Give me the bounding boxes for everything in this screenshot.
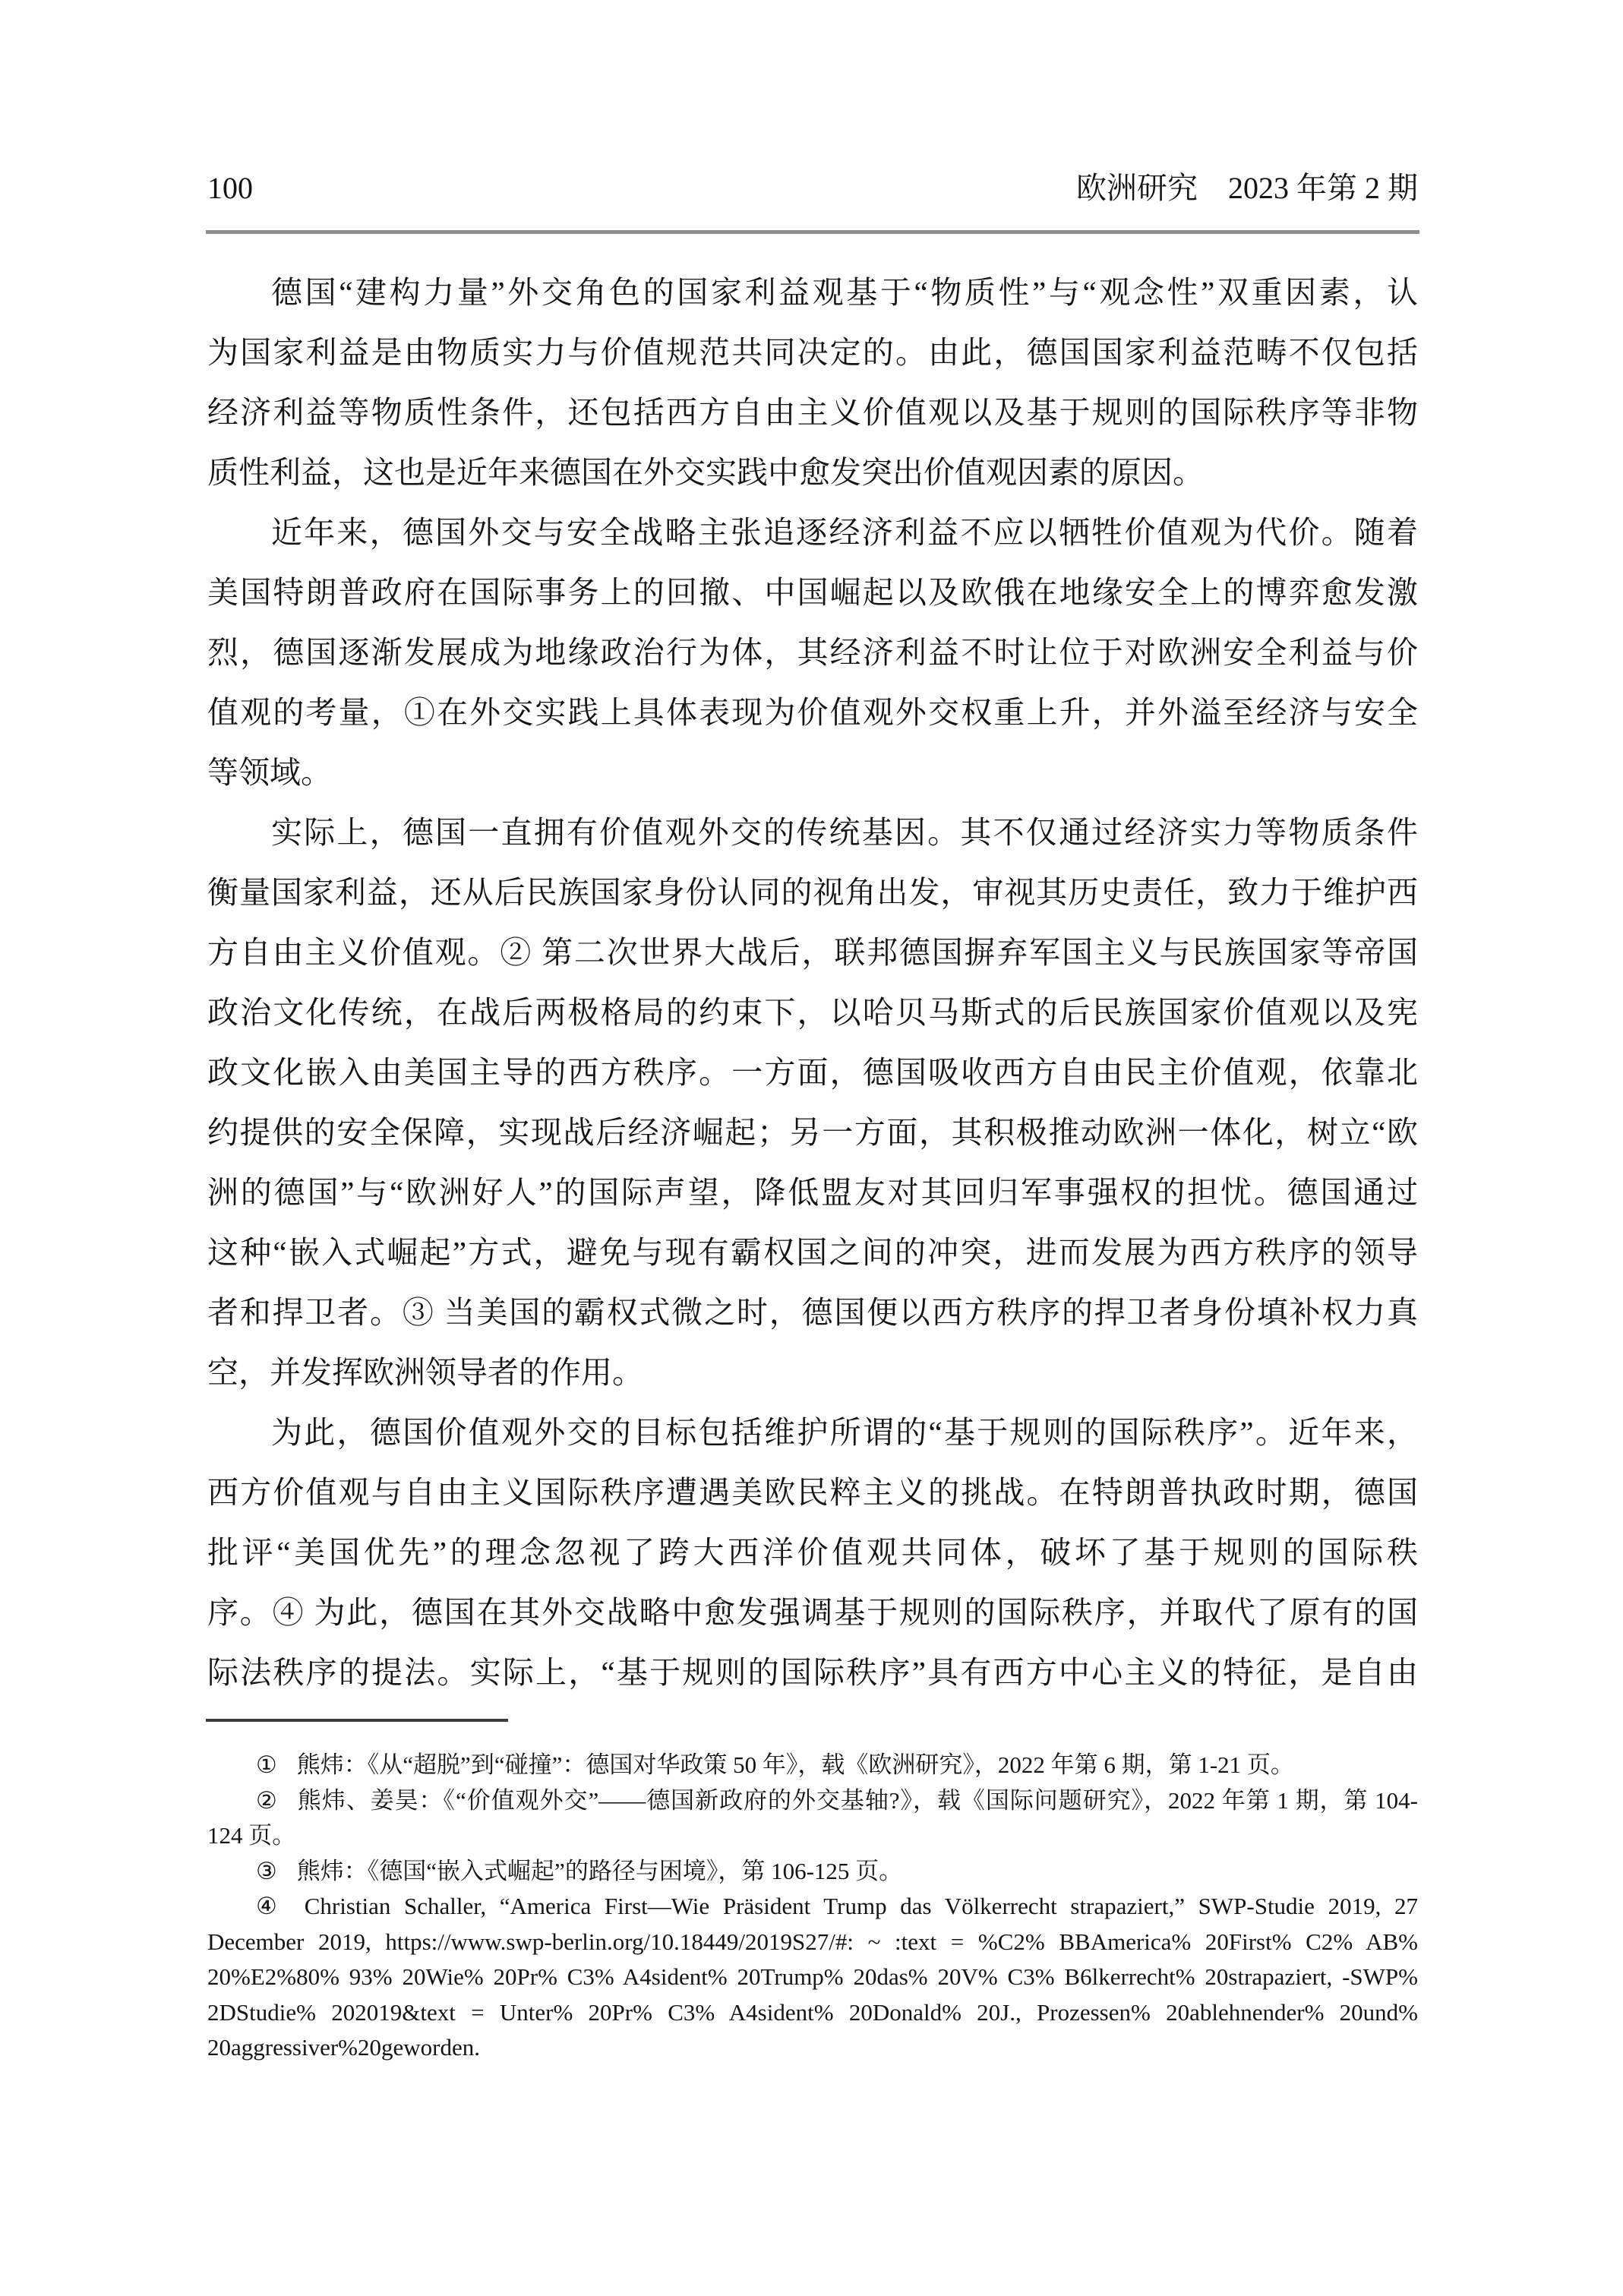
footnote-text: 熊炜：《德国“嵌入式崛起”的路径与困境》，第 106-125 页。 (297, 1858, 902, 1884)
footnote-marker: ③ (256, 1858, 277, 1884)
footnote-line: 20aggressiver%20geworden. (207, 2030, 1418, 2066)
footnote-line: ④Christian Schaller, “America First—Wie … (207, 1889, 1418, 1925)
body-line: 者和捍卫者。③ 当美国的霸权式微之时，德国便以西方秩序的捍卫者身份填补权力真 (207, 1283, 1418, 1343)
body-line: 近年来，德国外交与安全战略主张追逐经济利益不应以牺牲价值观为代价。随着 (207, 503, 1418, 563)
footnote-line: December 2019, https://www.swp-berlin.or… (207, 1925, 1418, 1960)
body-line: 批评“美国优先”的理念忽视了跨大西洋价值观共同体，破坏了基于规则的国际秩 (207, 1523, 1418, 1583)
footnote-marker: ④ (256, 1893, 285, 1919)
body-line: 美国特朗普政府在国际事务上的回撤、中国崛起以及欧俄在地缘安全上的博弈愈发激 (207, 563, 1418, 623)
body-line: 等领域。 (207, 743, 1418, 803)
footnote-line: ①熊炜：《从“超脱”到“碰撞”：德国对华政策 50 年》，载《欧洲研究》，202… (207, 1748, 1418, 1783)
body-line: 洲的德国”与“欧洲好人”的国际声望，降低盟友对其回归军事强权的担忧。德国通过 (207, 1163, 1418, 1223)
body-line: 值观的考量，①在外交实践上具体表现为价值观外交权重上升，并外溢至经济与安全 (207, 683, 1418, 743)
journal-page: 100 欧洲研究 2023 年第 2 期 德国“建构力量”外交角色的国家利益观基… (0, 0, 1623, 2296)
footnote-line: 124 页。 (207, 1818, 1418, 1854)
footnote-line: ②熊炜、姜昊：《“价值观外交”——德国新政府的外交基轴?》，载《国际问题研究》，… (207, 1783, 1418, 1819)
body-line: 这种“嵌入式崛起”方式，避免与现有霸权国之间的冲突，进而发展为西方秩序的领导 (207, 1223, 1418, 1283)
article-body: 德国“建构力量”外交角色的国家利益观基于“物质性”与“观念性”双重因素，认 为国… (207, 263, 1418, 1703)
body-line: 为此，德国价值观外交的目标包括维护所谓的“基于规则的国际秩序”。近年来， (207, 1403, 1418, 1463)
body-line: 为国家利益是由物质实力与价值规范共同决定的。由此，德国国家利益范畴不仅包括 (207, 323, 1418, 383)
body-line: 质性利益，这也是近年来德国在外交实践中愈发突出价值观因素的原因。 (207, 443, 1418, 503)
body-line: 空，并发挥欧洲领导者的作用。 (207, 1343, 1418, 1403)
body-line: 实际上，德国一直拥有价值观外交的传统基因。其不仅通过经济实力等物质条件 (207, 803, 1418, 863)
body-line: 烈，德国逐渐发展成为地缘政治行为体，其经济利益不时让位于对欧洲安全利益与价 (207, 623, 1418, 683)
body-line: 际法秩序的提法。实际上，“基于规则的国际秩序”具有西方中心主义的特征，是自由 (207, 1643, 1418, 1703)
footnote-text: 熊炜：《从“超脱”到“碰撞”：德国对华政策 50 年》，载《欧洲研究》，2022… (297, 1751, 1294, 1778)
body-line: 衡量国家利益，还从后民族国家身份认同的视角出发，审视其历史责任，致力于维护西 (207, 863, 1418, 923)
footnotes: ①熊炜：《从“超脱”到“碰撞”：德国对华政策 50 年》，载《欧洲研究》，202… (207, 1748, 1418, 2066)
body-line: 方自由主义价值观。② 第二次世界大战后，联邦德国摒弃军国主义与民族国家等帝国 (207, 923, 1418, 983)
body-line: 序。④ 为此，德国在其外交战略中愈发强调基于规则的国际秩序，并取代了原有的国 (207, 1583, 1418, 1643)
journal-issue-info: 欧洲研究 2023 年第 2 期 (1076, 172, 1418, 205)
footnote-marker: ① (256, 1751, 277, 1778)
body-line: 西方价值观与自由主义国际秩序遭遇美欧民粹主义的挑战。在特朗普执政时期，德国 (207, 1463, 1418, 1523)
footnote-text: 熊炜、姜昊：《“价值观外交”——德国新政府的外交基轴?》，载《国际问题研究》，2… (298, 1787, 1418, 1814)
page-header: 100 欧洲研究 2023 年第 2 期 (207, 172, 1418, 205)
footnote-line: ③熊炜：《德国“嵌入式崛起”的路径与困境》，第 106-125 页。 (207, 1854, 1418, 1890)
body-line: 经济利益等物质性条件，还包括西方自由主义价值观以及基于规则的国际秩序等非物 (207, 383, 1418, 443)
footnote-line: 20%E2%80% 93% 20Wie% 20Pr% C3% A4sident%… (207, 1960, 1418, 1995)
footnote-marker: ② (256, 1787, 278, 1814)
footnote-text: Christian Schaller, “America First—Wie P… (305, 1893, 1418, 1919)
page-number: 100 (207, 172, 253, 205)
footnote-line: 2DStudie% 202019&text = Unter% 20Pr% C3%… (207, 1995, 1418, 2031)
body-line: 政治文化传统，在战后两极格局的约束下，以哈贝马斯式的后民族国家价值观以及宪 (207, 983, 1418, 1043)
body-line: 约提供的安全保障，实现战后经济崛起；另一方面，其积极推动欧洲一体化，树立“欧 (207, 1103, 1418, 1163)
header-rule (206, 230, 1419, 234)
body-line: 德国“建构力量”外交角色的国家利益观基于“物质性”与“观念性”双重因素，认 (207, 263, 1418, 323)
body-line: 政文化嵌入由美国主导的西方秩序。一方面，德国吸收西方自由民主价值观，依靠北 (207, 1043, 1418, 1103)
footnote-separator (206, 1719, 508, 1722)
